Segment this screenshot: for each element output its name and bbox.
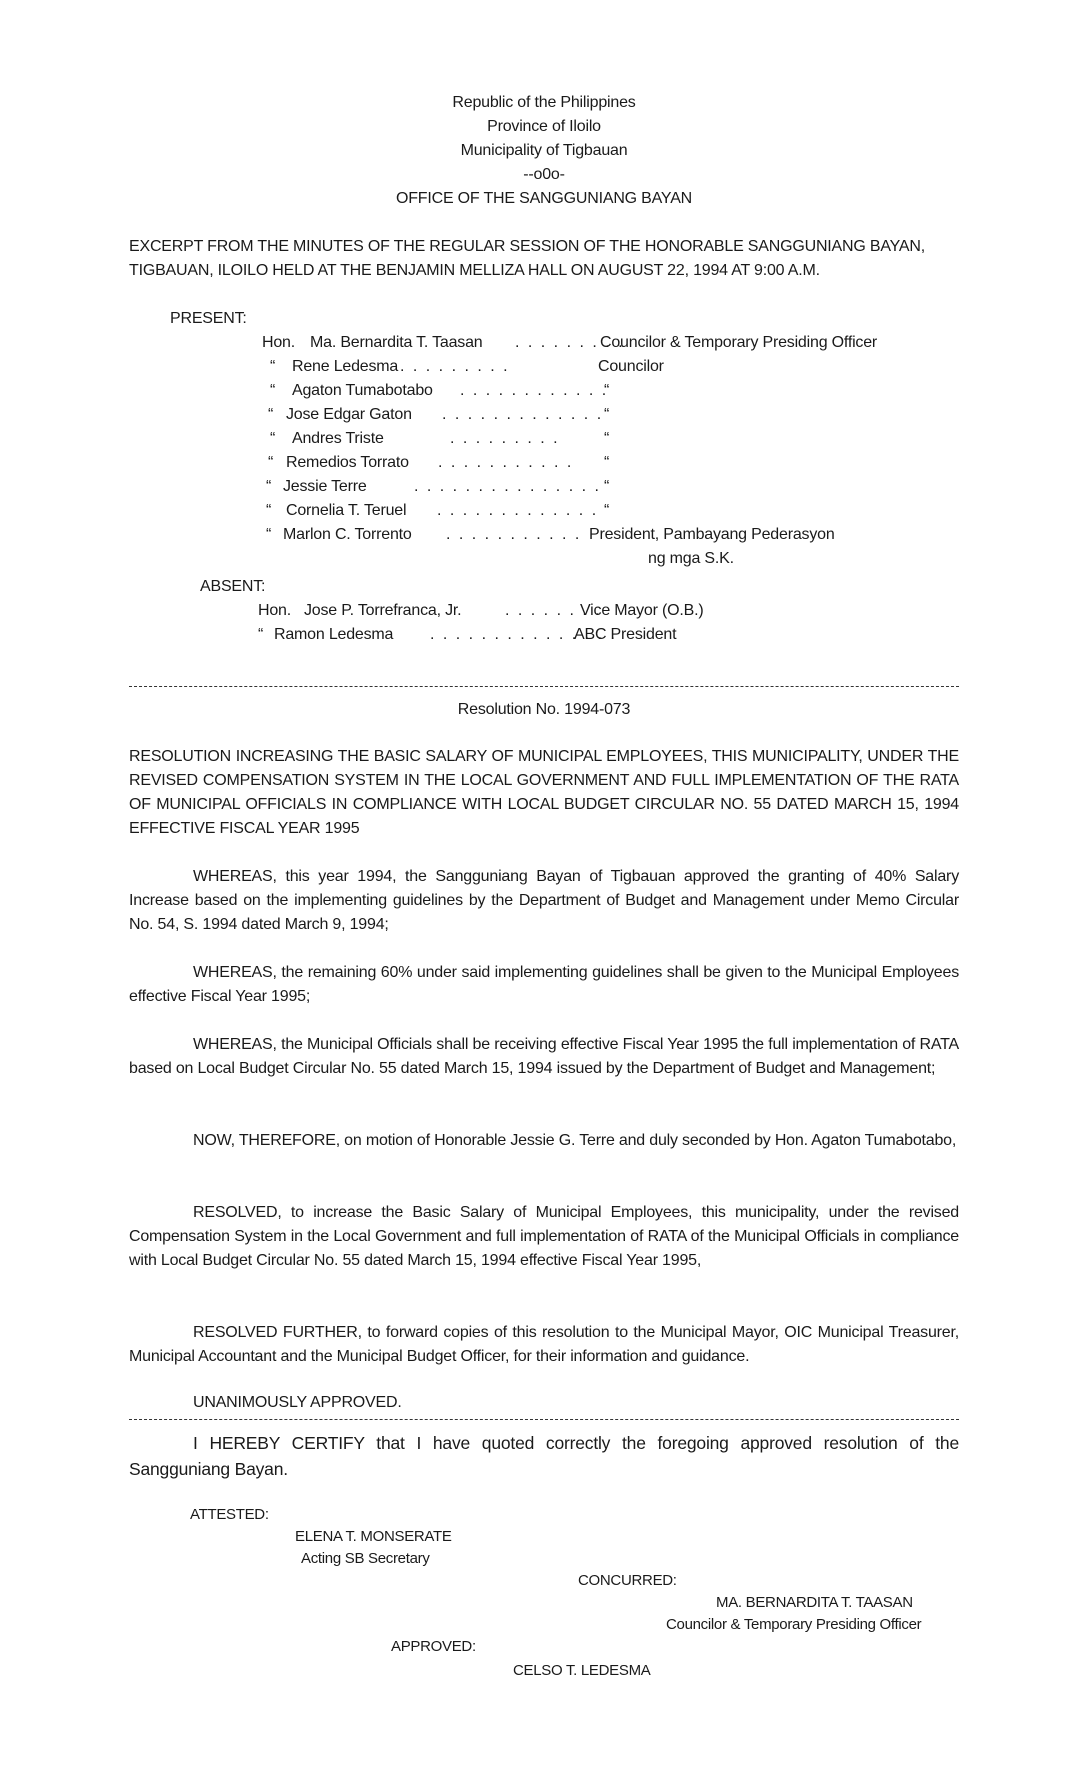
member-position: “ bbox=[604, 501, 609, 521]
now-therefore: NOW, THEREFORE, on motion of Honorable J… bbox=[129, 1129, 959, 1153]
approved-name: CELSO T. LEDESMA bbox=[513, 1661, 650, 1681]
member-prefix: “ bbox=[266, 525, 271, 545]
member-position: “ bbox=[604, 429, 609, 449]
member-position: “ bbox=[604, 453, 609, 473]
concurred-title: Councilor & Temporary Presiding Officer bbox=[666, 1615, 921, 1635]
attested-title: Acting SB Secretary bbox=[301, 1549, 430, 1569]
resolution-number: Resolution No. 1994-073 bbox=[0, 700, 1088, 720]
member-name: Jose P. Torrefranca, Jr. bbox=[304, 601, 461, 621]
present-label: PRESENT: bbox=[170, 309, 247, 329]
member-name: Agaton Tumabotabo bbox=[292, 381, 433, 401]
member-position: President, Pambayang Pederasyon bbox=[589, 525, 835, 545]
member-name: Cornelia T. Teruel bbox=[286, 501, 406, 521]
concurred-label: CONCURRED: bbox=[578, 1571, 677, 1591]
attested-name: ELENA T. MONSERATE bbox=[295, 1527, 452, 1547]
header-province: Province of Iloilo bbox=[0, 117, 1088, 137]
dot-leader: . . . . . . . . . . . bbox=[438, 453, 573, 473]
member-name: Ma. Bernardita T. Taasan bbox=[310, 333, 483, 353]
member-position: ABC President bbox=[574, 625, 676, 645]
excerpt-line-2: TIGBAUAN, ILOILO HELD AT THE BENJAMIN ME… bbox=[129, 261, 820, 281]
whereas-3: WHEREAS, the Municipal Officials shall b… bbox=[129, 1033, 959, 1081]
concurred-name: MA. BERNARDITA T. TAASAN bbox=[716, 1593, 913, 1613]
dot-leader: . . . . . . . . . . . . bbox=[460, 381, 608, 401]
divider-top bbox=[129, 686, 959, 687]
member-prefix: “ bbox=[258, 625, 263, 645]
dot-leader: . . . . . . . . . . . . . . . bbox=[414, 477, 601, 497]
member-position: Vice Mayor (O.B.) bbox=[580, 601, 703, 621]
absent-label: ABSENT: bbox=[200, 577, 265, 597]
header-republic: Republic of the Philippines bbox=[0, 93, 1088, 113]
member-prefix: “ bbox=[266, 477, 271, 497]
header-municipality: Municipality of Tigbauan bbox=[0, 141, 1088, 161]
attested-label: ATTESTED: bbox=[190, 1505, 269, 1525]
divider-bottom bbox=[129, 1419, 959, 1420]
member-prefix: Hon. bbox=[262, 333, 295, 353]
header-separator: --o0o- bbox=[0, 165, 1088, 185]
whereas-2: WHEREAS, the remaining 60% under said im… bbox=[129, 961, 959, 1009]
member-position-line-2: ng mga S.K. bbox=[648, 549, 734, 569]
member-position: “ bbox=[604, 477, 609, 497]
resolved-further: RESOLVED FURTHER, to forward copies of t… bbox=[129, 1321, 959, 1369]
member-prefix: “ bbox=[270, 429, 275, 449]
member-position: “ bbox=[604, 405, 609, 425]
resolution-title: RESOLUTION INCREASING THE BASIC SALARY O… bbox=[129, 745, 959, 841]
dot-leader: . . . . . . . . . . . . . bbox=[442, 405, 603, 425]
dot-leader: . . . . . . . . . bbox=[400, 357, 510, 377]
member-name: Rene Ledesma bbox=[292, 357, 398, 377]
member-prefix: “ bbox=[270, 381, 275, 401]
member-prefix: Hon. bbox=[258, 601, 291, 621]
member-name: Marlon C. Torrento bbox=[283, 525, 412, 545]
approved-label: APPROVED: bbox=[391, 1637, 476, 1657]
certification: I HEREBY CERTIFY that I have quoted corr… bbox=[129, 1430, 959, 1482]
member-name: Ramon Ledesma bbox=[274, 625, 393, 645]
member-name: Remedios Torrato bbox=[286, 453, 409, 473]
member-prefix: “ bbox=[268, 453, 273, 473]
resolved: RESOLVED, to increase the Basic Salary o… bbox=[129, 1201, 959, 1273]
unanimously-approved: UNANIMOUSLY APPROVED. bbox=[193, 1393, 402, 1413]
excerpt-line-1: EXCERPT FROM THE MINUTES OF THE REGULAR … bbox=[129, 237, 925, 257]
dot-leader: . . . . . . . . . . . bbox=[446, 525, 581, 545]
member-prefix: “ bbox=[268, 405, 273, 425]
member-name: Jose Edgar Gaton bbox=[286, 405, 412, 425]
whereas-1: WHEREAS, this year 1994, the Sangguniang… bbox=[129, 865, 959, 937]
dot-leader: . . . . . . . . . . . . . bbox=[437, 501, 598, 521]
member-prefix: “ bbox=[266, 501, 271, 521]
member-position: Councilor bbox=[598, 357, 664, 377]
member-position: “ bbox=[604, 381, 609, 401]
member-position: Councilor & Temporary Presiding Officer bbox=[600, 333, 877, 353]
member-name: Andres Triste bbox=[292, 429, 384, 449]
dot-leader: . . . . . . . . . bbox=[450, 429, 560, 449]
member-name: Jessie Terre bbox=[283, 477, 367, 497]
header-office: OFFICE OF THE SANGGUNIANG BAYAN bbox=[0, 189, 1088, 209]
member-prefix: “ bbox=[270, 357, 275, 377]
